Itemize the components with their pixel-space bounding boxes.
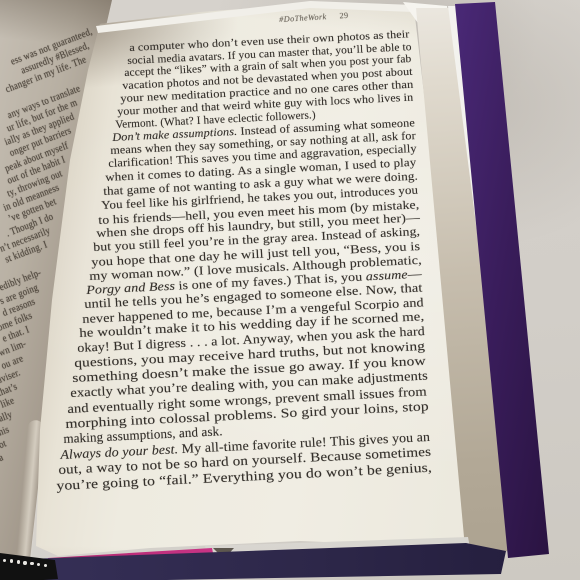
elastic-dot	[10, 559, 13, 562]
elastic-dot	[17, 560, 20, 563]
left-page-text-line: his	[0, 424, 10, 507]
book-photo: { "book": { "running_head": { "title": "…	[0, 0, 580, 580]
left-page-text-line: ot	[0, 438, 8, 521]
page-number: 29	[339, 11, 349, 21]
running-head-title: #DoTheWork	[279, 12, 327, 24]
left-page-text-line: ally	[0, 410, 13, 493]
elastic-dot	[23, 561, 26, 564]
left-page-text-line: a	[0, 452, 5, 535]
